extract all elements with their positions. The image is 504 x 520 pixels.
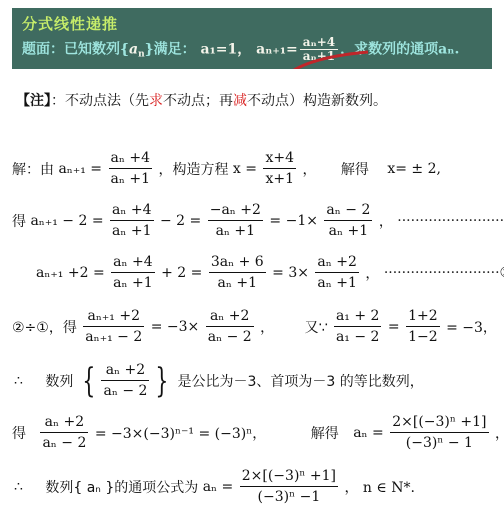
fraction: 3aₙ + 6aₙ +1 [209,252,266,293]
left-brace: { [82,361,95,401]
fraction: 1+21−2 [406,306,440,347]
fraction: −aₙ +2aₙ +1 [208,200,263,241]
note-line: 【注】：不动点法（先求不动点；再减不动点）构造新数列。 [16,90,504,110]
equation-marker-2: ② [500,265,504,281]
right-brace: } [156,361,169,401]
note-label: 【注】 [16,93,51,109]
solution-line-2: 得 aₙ₊₁ − 2 = aₙ +4aₙ +1 − 2 = −aₙ +2aₙ +… [12,200,504,241]
solution-line-3: aₙ₊₁ +2 = aₙ +4aₙ +1 + 2 = 3aₙ + 6aₙ +1 … [36,252,504,293]
fraction: a₁ + 2a₁ − 2 [334,306,382,347]
fraction: aₙ +2aₙ +1 [315,252,359,293]
problem-banner: 分式线性递推 题面：已知数列{an}满足： a₁=1， aₙ₊₁=aₙ+4aₙ+… [12,8,492,69]
note-red-qiu: 求 [149,93,163,109]
fraction: 2×[(−3)ⁿ +1](−3)ⁿ − 1 [390,412,488,453]
fraction: aₙ − 2aₙ +1 [324,200,372,241]
red-annotation-stroke [280,50,370,69]
leader-dots: ·························· [397,213,504,229]
banner-title: 分式线性递推 [22,13,118,34]
initial-condition: a₁=1， [201,42,252,58]
fraction: aₙ +2aₙ − 2 [101,360,149,401]
fraction: x+4x+1 [263,148,296,189]
problem-mid: }满足： [145,42,196,58]
problem-prefix: 题面：已知数列{ [22,42,129,58]
fraction: aₙ +4aₙ +1 [109,148,153,189]
fraction: aₙ +2aₙ − 2 [206,306,254,347]
leader-dots: ·························· [384,265,500,281]
fraction: 2×[(−3)ⁿ +1](−3)ⁿ −1 [240,466,338,507]
solution-line-4: ②÷①，得 aₙ₊₁ +2aₙ₊₁ − 2 = −3× aₙ +2aₙ − 2 … [12,306,504,347]
note-red-jian: 减 [233,93,247,109]
solution-line-7: ∴ 数列{ aₙ }的通项公式为 aₙ = 2×[(−3)ⁿ +1](−3)ⁿ … [14,466,504,507]
fraction: aₙ +4aₙ +1 [110,200,154,241]
fraction: aₙ +4aₙ +1 [111,252,155,293]
problem-an: a [129,42,138,58]
fraction: aₙ₊₁ +2aₙ₊₁ − 2 [83,306,144,347]
problem-statement: 题面：已知数列{an}满足： a₁=1， aₙ₊₁=aₙ+4aₙ+1，求数列的通… [22,36,459,63]
fraction: aₙ +2aₙ − 2 [40,412,88,453]
solution-line-5: ∴ 数列 {aₙ +2aₙ − 2} 是公比为－3、首项为－3 的等比数列， [14,360,504,401]
solution-line-6: 得 aₙ +2aₙ − 2 = −3×(−3)ⁿ⁻¹ = (−3)ⁿ， 解得 a… [12,412,504,453]
solution-line-1: 解：由 aₙ₊₁ = aₙ +4aₙ +1 ，构造方程 x = x+4x+1 ，… [12,148,504,189]
